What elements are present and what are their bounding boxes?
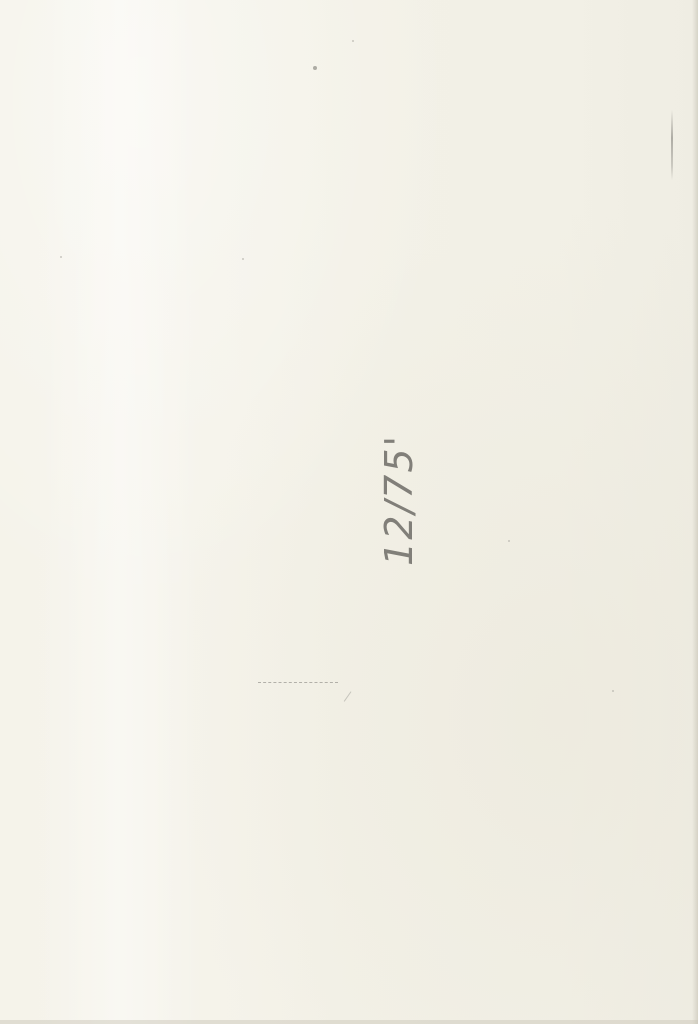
paper-speck [60,256,62,258]
smudge-dot [313,66,317,70]
paper-speck [508,540,510,542]
paper-speck [352,40,354,42]
pencil-tick-mark [344,691,362,708]
photo-back-paper: 12/75' [0,0,698,1024]
paper-right-edge [692,0,698,1024]
paper-speck [242,258,244,260]
handwritten-date-note: 12/75' [377,434,421,566]
paper-speck [612,690,614,692]
paper-bottom-edge [0,1020,698,1024]
pencil-dash-mark [258,682,338,683]
edge-scratch-mark [671,110,673,180]
paper-light-band [40,0,200,1024]
